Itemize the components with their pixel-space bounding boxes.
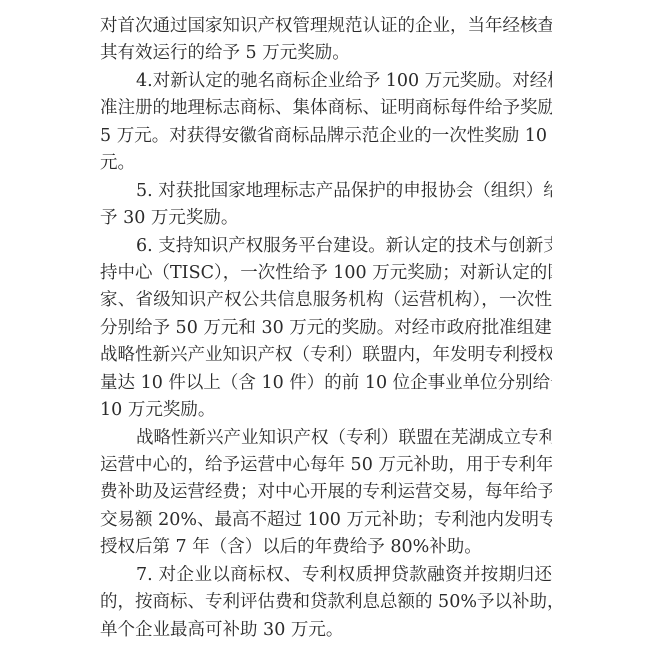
- text-line: 单个企业最高可补助 30 万元。: [100, 617, 552, 644]
- text-line: 准注册的地理标志商标、集体商标、证明商标每件给予奖励: [100, 95, 552, 122]
- text-line: 量达 10 件以上（含 10 件）的前 10 位企事业单位分别给予: [100, 370, 552, 397]
- text-line: 战略性新兴产业知识产权（专利）联盟内，年发明专利授权: [100, 342, 552, 369]
- text-line: 10 万元奖励。: [100, 397, 552, 424]
- text-line: 交易额 20%、最高不超过 100 万元补助；专利池内发明专利: [100, 507, 552, 534]
- document-body: 对首次通过国家知识产权管理规范认证的企业，当年经核查 其有效运行的给予 5 万元…: [100, 13, 552, 644]
- paragraph-start-item-5: 5. 对获批国家地理标志产品保护的申报协会（组织）给: [100, 178, 552, 205]
- text-line: 持中心（TISC），一次性给予 100 万元奖励；对新认定的国: [100, 260, 552, 287]
- text-line: 元。: [100, 150, 552, 177]
- text-line: 费补助及运营经费；对中心开展的专利运营交易，每年给予: [100, 479, 552, 506]
- text-line: 的，按商标、专利评估费和贷款利息总额的 50%予以补助，: [100, 589, 552, 616]
- text-line: 分别给予 50 万元和 30 万元的奖励。对经市政府批准组建的: [100, 315, 552, 342]
- paragraph-start-item-7: 7. 对企业以商标权、专利权质押贷款融资并按期归还: [100, 562, 552, 589]
- text-line: 运营中心的，给予运营中心每年 50 万元补助，用于专利年: [100, 452, 552, 479]
- text-line: 5 万元。对获得安徽省商标品牌示范企业的一次性奖励 10 万: [100, 123, 552, 150]
- paragraph-start-item-6: 6. 支持知识产权服务平台建设。新认定的技术与创新支: [100, 233, 552, 260]
- paragraph-start-item-4: 4.对新认定的驰名商标企业给予 100 万元奖励。对经核: [100, 68, 552, 95]
- document-page: 对首次通过国家知识产权管理规范认证的企业，当年经核查 其有效运行的给予 5 万元…: [0, 0, 650, 651]
- text-line: 对首次通过国家知识产权管理规范认证的企业，当年经核查: [100, 13, 552, 40]
- text-line: 其有效运行的给予 5 万元奖励。: [100, 40, 552, 67]
- paragraph-start-alliance: 战略性新兴产业知识产权（专利）联盟在芜湖成立专利: [100, 425, 552, 452]
- text-line: 授权后第 7 年（含）以后的年费给予 80%补助。: [100, 534, 552, 561]
- text-line: 家、省级知识产权公共信息服务机构（运营机构），一次性: [100, 287, 552, 314]
- text-line: 予 30 万元奖励。: [100, 205, 552, 232]
